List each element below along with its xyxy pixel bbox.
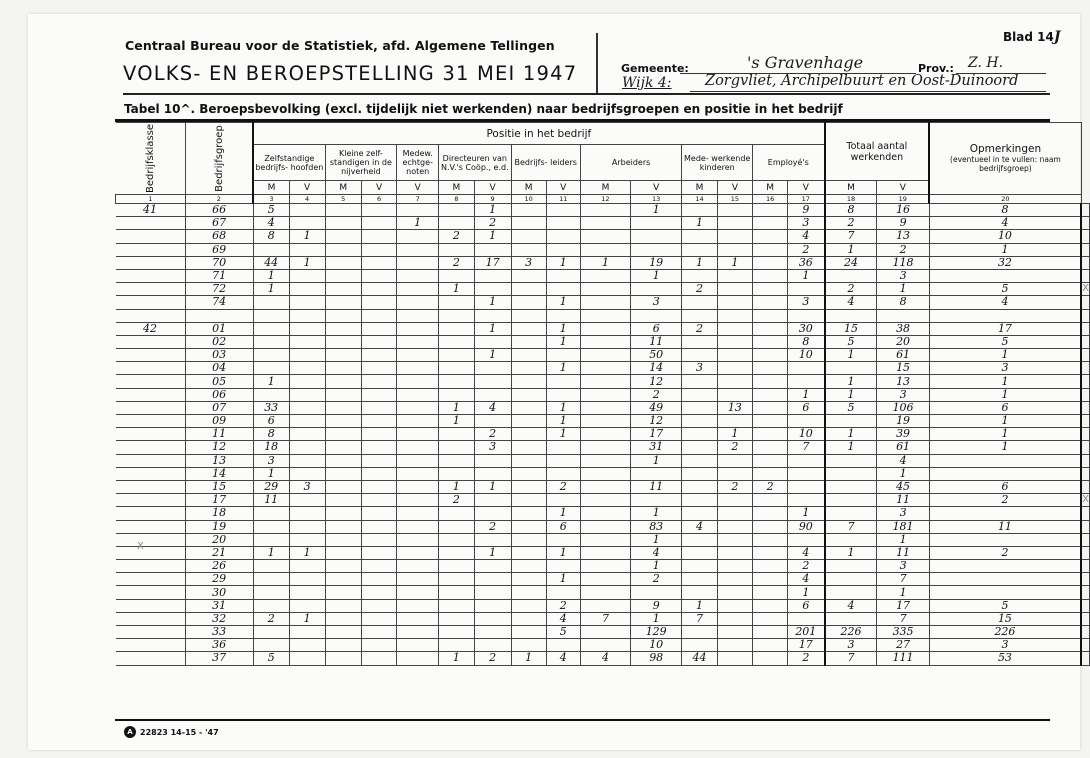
value-cell-col-9: 3 (474, 441, 511, 454)
value-cell-col-7 (397, 322, 439, 335)
opmerkingen-cell (1081, 467, 1089, 480)
value-cell-col-5 (325, 467, 361, 480)
value-cell-col-16 (753, 322, 788, 335)
value-cell-col-19: 45 (877, 480, 929, 493)
table-row: 32214717715 (116, 612, 1090, 625)
value-cell-col-6 (361, 349, 396, 362)
col-header-medewerkende-kinderen: Mede- werkende kinderen (682, 145, 753, 181)
value-cell-col-4 (289, 599, 325, 612)
opmerkingen-cell (1081, 573, 1089, 586)
value-cell-col-19: 106 (877, 401, 929, 414)
value-cell-col-18 (825, 467, 877, 480)
value-cell-col-10 (511, 599, 546, 612)
value-cell-col-4 (289, 586, 325, 599)
opmerkingen-cell (1081, 375, 1089, 388)
value-cell-col-15 (717, 533, 752, 546)
value-cell-col-20: 1 (929, 441, 1081, 454)
col-number-18: 18 (825, 195, 877, 204)
value-cell-col-10 (511, 269, 546, 282)
value-cell-col-14: 3 (682, 362, 717, 375)
value-cell-col-12 (580, 626, 630, 639)
value-cell-col-19: 13 (877, 375, 929, 388)
col-number-7: 7 (397, 195, 439, 204)
value-cell-col-9 (474, 533, 511, 546)
value-cell-col-19: 11 (877, 494, 929, 507)
value-cell-col-8 (439, 217, 475, 230)
value-cell-col-13: 49 (631, 401, 682, 414)
value-cell-col-16 (753, 283, 788, 296)
value-cell-col-5 (325, 639, 361, 652)
value-cell-col-4: 1 (289, 256, 325, 269)
value-cell-col-19: 1 (877, 533, 929, 546)
value-cell-col-16 (753, 296, 788, 309)
value-cell-col-4 (289, 217, 325, 230)
value-cell-col-15 (717, 349, 752, 362)
value-cell-col-10 (511, 573, 546, 586)
value-cell-col-3: 8 (253, 230, 289, 243)
value-cell-col-5 (325, 533, 361, 546)
opmerkingen-cell (1081, 652, 1089, 665)
col-header-zelfstandige: Zelfstandige bedrijfs- hoofden (253, 145, 325, 181)
table-row: 711113 (116, 269, 1090, 282)
opmerkingen-cell (1081, 533, 1089, 546)
value-cell-col-7 (397, 533, 439, 546)
value-cell-col-19: 1 (877, 467, 929, 480)
value-cell-col-13: 31 (631, 441, 682, 454)
col-header-employes: Employé's (753, 145, 825, 181)
bedrijfsklasse-cell (116, 309, 186, 322)
value-cell-col-19: 1 (877, 283, 929, 296)
value-cell-col-14 (682, 586, 717, 599)
opmerkingen-cell (1081, 441, 1089, 454)
value-cell-col-19: 39 (877, 428, 929, 441)
col-header-sex-19: V (877, 181, 929, 195)
bedrijfsgroep-cell: 68 (185, 230, 253, 243)
bedrijfsklasse-cell (116, 599, 186, 612)
opmerkingen-cell (1081, 507, 1089, 520)
value-cell-col-20 (929, 454, 1081, 467)
value-cell-col-11 (546, 217, 580, 230)
value-cell-col-8: 1 (439, 652, 475, 665)
wijk-label: Wijk 4: (622, 75, 672, 91)
table-row: 041143153 (116, 362, 1090, 375)
value-cell-col-6 (361, 573, 396, 586)
value-cell-col-19: 27 (877, 639, 929, 652)
value-cell-col-11: 6 (546, 520, 580, 533)
value-cell-col-3 (253, 388, 289, 401)
value-cell-col-12 (580, 230, 630, 243)
value-cell-col-4 (289, 560, 325, 573)
col-number-8: 8 (439, 195, 475, 204)
opmerkingen-cell (1081, 454, 1089, 467)
value-cell-col-19: 2 (877, 243, 929, 256)
value-cell-col-9 (474, 283, 511, 296)
value-cell-col-4 (289, 375, 325, 388)
value-cell-col-9: 1 (474, 546, 511, 559)
value-cell-col-17: 9 (788, 204, 825, 217)
opmerkingen-cell (1081, 586, 1089, 599)
col-header-sex-5: M (325, 181, 361, 195)
value-cell-col-18: 7 (825, 652, 877, 665)
value-cell-col-12 (580, 243, 630, 256)
col-header-sex-18: M (825, 181, 877, 195)
value-cell-col-8 (439, 349, 475, 362)
value-cell-col-6 (361, 626, 396, 639)
value-cell-col-11: 4 (546, 652, 580, 665)
value-cell-col-17: 2 (788, 652, 825, 665)
value-cell-col-13 (631, 217, 682, 230)
col-header-sex-12: M (580, 181, 630, 195)
value-cell-col-18: 24 (825, 256, 877, 269)
bedrijfsklasse-cell (116, 652, 186, 665)
value-cell-col-20: 1 (929, 375, 1081, 388)
value-cell-col-4 (289, 415, 325, 428)
value-cell-col-16 (753, 230, 788, 243)
value-cell-col-11: 4 (546, 612, 580, 625)
table-row: 0621131 (116, 388, 1090, 401)
value-cell-col-18 (825, 612, 877, 625)
value-cell-col-11: 1 (546, 428, 580, 441)
value-cell-col-7 (397, 309, 439, 322)
value-cell-col-3 (253, 639, 289, 652)
value-cell-col-10 (511, 428, 546, 441)
value-cell-col-4 (289, 652, 325, 665)
value-cell-col-5 (325, 375, 361, 388)
value-cell-col-16 (753, 428, 788, 441)
value-cell-col-19: 3 (877, 269, 929, 282)
value-cell-col-7 (397, 375, 439, 388)
value-cell-col-8 (439, 612, 475, 625)
value-cell-col-9 (474, 309, 511, 322)
value-cell-col-20: 6 (929, 480, 1081, 493)
value-cell-col-11 (546, 243, 580, 256)
value-cell-col-16 (753, 269, 788, 282)
col-number-14: 14 (682, 195, 717, 204)
value-cell-col-14 (682, 309, 717, 322)
value-cell-col-12 (580, 428, 630, 441)
value-cell-col-19: 15 (877, 362, 929, 375)
value-cell-col-6 (361, 388, 396, 401)
bedrijfsgroep-cell: 04 (185, 362, 253, 375)
col-header-sex-13: V (631, 181, 682, 195)
value-cell-col-9: 1 (474, 480, 511, 493)
value-cell-col-9 (474, 599, 511, 612)
value-cell-col-19: 16 (877, 204, 929, 217)
value-cell-col-10 (511, 309, 546, 322)
value-cell-col-15: 13 (717, 401, 752, 414)
value-cell-col-11 (546, 639, 580, 652)
opmerkingen-cell (1081, 217, 1089, 230)
value-cell-col-19: 17 (877, 599, 929, 612)
table-row: 181113 (116, 507, 1090, 520)
value-cell-col-15 (717, 546, 752, 559)
value-cell-col-4 (289, 335, 325, 348)
value-cell-col-16 (753, 309, 788, 322)
value-cell-col-15 (717, 362, 752, 375)
value-cell-col-10 (511, 639, 546, 652)
value-cell-col-14 (682, 428, 717, 441)
value-cell-col-15 (717, 573, 752, 586)
value-cell-col-13: 17 (631, 428, 682, 441)
value-cell-col-14 (682, 269, 717, 282)
value-cell-col-9 (474, 639, 511, 652)
value-cell-col-9: 17 (474, 256, 511, 269)
value-cell-col-16 (753, 362, 788, 375)
value-cell-col-12: 7 (580, 612, 630, 625)
value-cell-col-4 (289, 626, 325, 639)
value-cell-col-6 (361, 309, 396, 322)
value-cell-col-15: 2 (717, 480, 752, 493)
gemeente-value: 's Gravenhage (747, 53, 863, 72)
bedrijfsklasse-cell (116, 217, 186, 230)
opmerkingen-cell (1081, 335, 1089, 348)
bedrijfsgroep-cell: 19 (185, 520, 253, 533)
value-cell-col-9: 1 (474, 204, 511, 217)
value-cell-col-5 (325, 546, 361, 559)
col-header-bedrijfsleiders: Bedrijfs- leiders (511, 145, 580, 181)
value-cell-col-17: 4 (788, 573, 825, 586)
value-cell-col-18: 1 (825, 243, 877, 256)
value-cell-col-20: 32 (929, 256, 1081, 269)
table-row: 335129201226335226 (116, 626, 1090, 639)
value-cell-col-4 (289, 428, 325, 441)
value-cell-col-20: 3 (929, 362, 1081, 375)
bedrijfsklasse-cell (116, 335, 186, 348)
value-cell-col-6 (361, 204, 396, 217)
value-cell-col-9 (474, 560, 511, 573)
value-cell-col-14 (682, 639, 717, 652)
opmerkingen-cell (1081, 269, 1089, 282)
value-cell-col-11: 1 (546, 573, 580, 586)
value-cell-col-5 (325, 454, 361, 467)
value-cell-col-11: 1 (546, 256, 580, 269)
value-cell-col-17 (788, 454, 825, 467)
value-cell-col-11: 1 (546, 335, 580, 348)
value-cell-col-20 (929, 269, 1081, 282)
value-cell-col-5 (325, 322, 361, 335)
bedrijfsklasse-cell (116, 507, 186, 520)
value-cell-col-16 (753, 375, 788, 388)
value-cell-col-8 (439, 375, 475, 388)
table-row: 211111441112 (116, 546, 1090, 559)
value-cell-col-3: 18 (253, 441, 289, 454)
value-cell-col-7 (397, 230, 439, 243)
table-row: 704412173111911362411832 (116, 256, 1090, 269)
value-cell-col-17: 201 (788, 626, 825, 639)
value-cell-col-3: 8 (253, 428, 289, 441)
table-row: 6741213294 (116, 217, 1090, 230)
value-cell-col-6 (361, 480, 396, 493)
value-cell-col-7 (397, 441, 439, 454)
value-cell-col-11: 1 (546, 546, 580, 559)
value-cell-col-6 (361, 467, 396, 480)
value-cell-col-13: 2 (631, 388, 682, 401)
value-cell-col-10 (511, 626, 546, 639)
value-cell-col-13: 12 (631, 375, 682, 388)
value-cell-col-6 (361, 586, 396, 599)
value-cell-col-6 (361, 652, 396, 665)
value-cell-col-13 (631, 494, 682, 507)
value-cell-col-7 (397, 480, 439, 493)
value-cell-col-4 (289, 296, 325, 309)
value-cell-col-7 (397, 415, 439, 428)
value-cell-col-15 (717, 204, 752, 217)
table-row: 13314 (116, 454, 1090, 467)
value-cell-col-12 (580, 546, 630, 559)
value-cell-col-10 (511, 388, 546, 401)
value-cell-col-8 (439, 362, 475, 375)
value-cell-col-19 (877, 309, 929, 322)
value-cell-col-3: 6 (253, 415, 289, 428)
value-cell-col-9 (474, 467, 511, 480)
value-cell-col-6 (361, 217, 396, 230)
bedrijfsklasse-cell (116, 401, 186, 414)
print-code: 22823 14-15 - '47 (140, 728, 219, 737)
value-cell-col-6 (361, 599, 396, 612)
value-cell-col-19: 7 (877, 573, 929, 586)
value-cell-col-13 (631, 586, 682, 599)
value-cell-col-18: 7 (825, 230, 877, 243)
value-cell-col-11 (546, 494, 580, 507)
value-cell-col-18: 7 (825, 520, 877, 533)
value-cell-col-14 (682, 441, 717, 454)
value-cell-col-16 (753, 560, 788, 573)
value-cell-col-13 (631, 283, 682, 296)
value-cell-col-10 (511, 454, 546, 467)
value-cell-col-10 (511, 349, 546, 362)
col-number-4: 4 (289, 195, 325, 204)
bedrijfsklasse-cell (116, 454, 186, 467)
value-cell-col-10 (511, 335, 546, 348)
value-cell-col-3: 1 (253, 546, 289, 559)
value-cell-col-5 (325, 599, 361, 612)
value-cell-col-12 (580, 401, 630, 414)
table-caption: Tabel 10^. Beroepsbevolking (excl. tijde… (124, 102, 843, 116)
col-number-20: 20 (929, 195, 1081, 204)
opmerkingen-cell (1081, 309, 1089, 322)
value-cell-col-12 (580, 204, 630, 217)
value-cell-col-14: 2 (682, 283, 717, 296)
value-cell-col-20: 226 (929, 626, 1081, 639)
col-number-11: 11 (546, 195, 580, 204)
sheet-number: Blad 14J (1003, 29, 1060, 45)
opmerkingen-cell (1081, 546, 1089, 559)
value-cell-col-10 (511, 520, 546, 533)
value-cell-col-13 (631, 467, 682, 480)
value-cell-col-11 (546, 533, 580, 546)
value-cell-col-7 (397, 652, 439, 665)
value-cell-col-16 (753, 256, 788, 269)
value-cell-col-14 (682, 415, 717, 428)
value-cell-col-13: 1 (631, 533, 682, 546)
bedrijfsklasse-cell (116, 546, 186, 559)
value-cell-col-9: 4 (474, 401, 511, 414)
opmerkingen-cell (1081, 296, 1089, 309)
bedrijfsgroep-cell: 13 (185, 454, 253, 467)
value-cell-col-7 (397, 283, 439, 296)
value-cell-col-15: 2 (717, 441, 752, 454)
value-cell-col-6 (361, 639, 396, 652)
value-cell-col-3: 1 (253, 283, 289, 296)
value-cell-col-13: 10 (631, 639, 682, 652)
value-cell-col-12 (580, 415, 630, 428)
value-cell-col-5 (325, 573, 361, 586)
value-cell-col-7 (397, 269, 439, 282)
table-row: 291247 (116, 573, 1090, 586)
value-cell-col-6 (361, 296, 396, 309)
header-rule (123, 93, 1050, 95)
value-cell-col-12 (580, 520, 630, 533)
value-cell-col-17: 30 (788, 322, 825, 335)
value-cell-col-19: 61 (877, 349, 929, 362)
prov-value: Z. H. (968, 55, 1003, 71)
value-cell-col-14: 7 (682, 612, 717, 625)
value-cell-col-3 (253, 520, 289, 533)
value-cell-col-4 (289, 388, 325, 401)
value-cell-col-8: 2 (439, 494, 475, 507)
bedrijfsklasse-cell (116, 296, 186, 309)
value-cell-col-8 (439, 520, 475, 533)
value-cell-col-6 (361, 612, 396, 625)
value-cell-col-3: 2 (253, 612, 289, 625)
value-cell-col-17 (788, 375, 825, 388)
value-cell-col-11: 2 (546, 480, 580, 493)
col-header-sex-8: M (439, 181, 475, 195)
value-cell-col-12 (580, 480, 630, 493)
value-cell-col-10: 3 (511, 256, 546, 269)
value-cell-col-3: 29 (253, 480, 289, 493)
value-cell-col-12: 4 (580, 652, 630, 665)
value-cell-col-6 (361, 520, 396, 533)
table-row: 3610173273 (116, 639, 1090, 652)
value-cell-col-19: 335 (877, 626, 929, 639)
footer: A 22823 14-15 - '47 (124, 726, 219, 738)
value-cell-col-15 (717, 494, 752, 507)
value-cell-col-10 (511, 494, 546, 507)
value-cell-col-8 (439, 296, 475, 309)
value-cell-col-5 (325, 243, 361, 256)
value-cell-col-7 (397, 256, 439, 269)
opmerkingen-cell (1081, 349, 1089, 362)
value-cell-col-20: 2 (929, 546, 1081, 559)
value-cell-col-4 (289, 467, 325, 480)
bedrijfsgroep-cell: 06 (185, 388, 253, 401)
value-cell-col-9 (474, 388, 511, 401)
bedrijfsklasse-cell (116, 533, 186, 546)
value-cell-col-4 (289, 401, 325, 414)
value-cell-col-18 (825, 362, 877, 375)
value-cell-col-20 (929, 507, 1081, 520)
value-cell-col-19: 20 (877, 335, 929, 348)
value-cell-col-7 (397, 639, 439, 652)
value-cell-col-8: 1 (439, 401, 475, 414)
col-header-sex-7: V (397, 181, 439, 195)
value-cell-col-16 (753, 573, 788, 586)
value-cell-col-9: 1 (474, 296, 511, 309)
value-cell-col-12 (580, 639, 630, 652)
col-number-6: 6 (361, 195, 396, 204)
value-cell-col-14 (682, 494, 717, 507)
value-cell-col-3: 44 (253, 256, 289, 269)
bedrijfsklasse-cell (116, 243, 186, 256)
col-number-17: 17 (788, 195, 825, 204)
table-row: 2011 (116, 533, 1090, 546)
value-cell-col-4 (289, 520, 325, 533)
col-header-sex-11: V (546, 181, 580, 195)
value-cell-col-12 (580, 494, 630, 507)
opmerkingen-cell: X (1081, 283, 1089, 296)
value-cell-col-15 (717, 335, 752, 348)
